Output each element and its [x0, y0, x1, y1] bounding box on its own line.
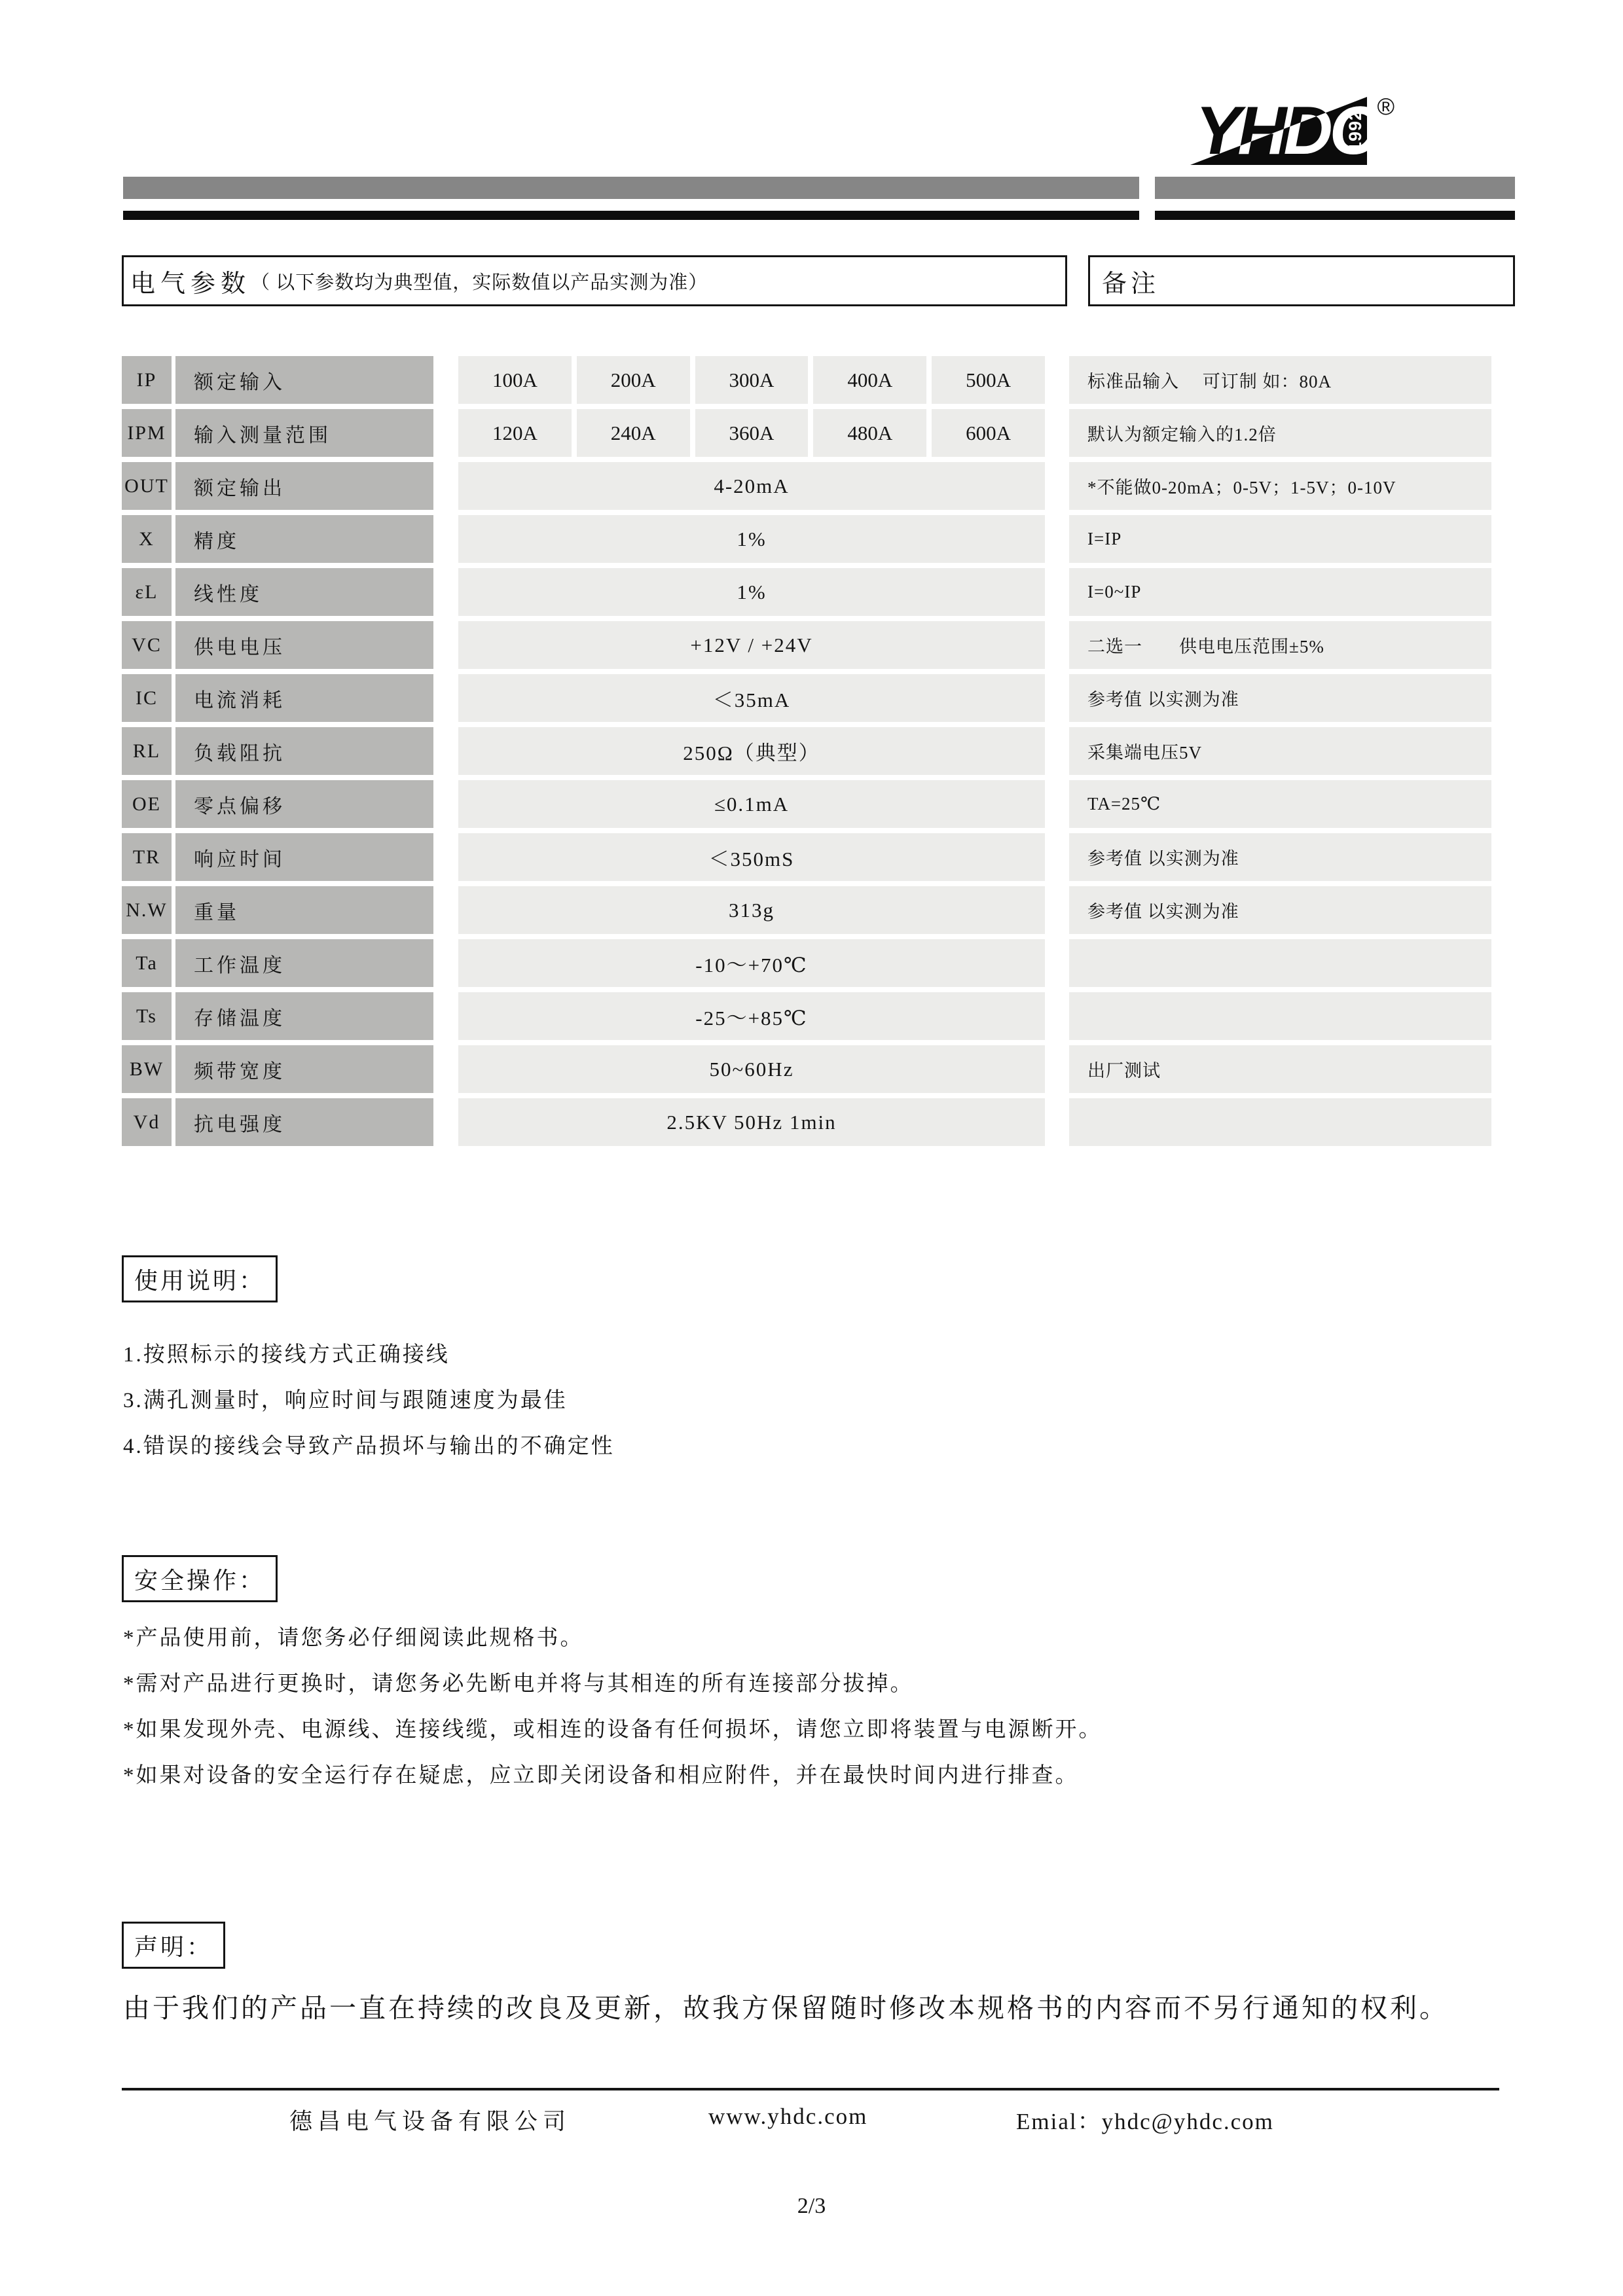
table-row: Vd抗电强度2.5KV 50Hz 1min — [122, 1098, 1499, 1146]
electrical-params-title: 电气参数 — [130, 263, 251, 299]
param-value: ＜350mS — [458, 833, 1045, 881]
param-name: 额定输出 — [175, 462, 433, 510]
param-name: 频带宽度 — [175, 1045, 433, 1093]
table-row: X精度1%I=IP — [122, 515, 1499, 563]
declaration-text: 由于我们的产品一直在持续的改良及更新，故我方保留随时修改本规格书的内容而不另行通… — [123, 1983, 1527, 2033]
footer-divider — [122, 2088, 1499, 2090]
logo-year: 1992 — [1345, 110, 1366, 152]
param-value: 100A — [458, 356, 572, 404]
param-name: 线性度 — [175, 568, 433, 616]
datasheet-page: YHDC 1992 YHDC 1992 ® 电气参数 （ 以下参数均为典型值，实… — [0, 0, 1623, 2296]
param-remark: 出厂测试 — [1069, 1045, 1491, 1093]
declaration-title-box: 声明： — [122, 1922, 225, 1969]
param-remark: I=IP — [1069, 515, 1491, 563]
safety-item: *如果对设备的安全运行存在疑虑，应立即关闭设备和相应附件，并在最快时间内进行排查… — [123, 1753, 1531, 1799]
param-code: BW — [122, 1045, 172, 1093]
param-remark: 标准品输入 可订制 如：80A — [1069, 356, 1491, 404]
param-code: N.W — [122, 886, 172, 934]
param-remark: 参考值 以实测为准 — [1069, 674, 1491, 722]
header-bar-black-left — [123, 211, 1139, 220]
table-row: Ta工作温度-10～+70℃ — [122, 939, 1499, 987]
footer-email: Emial：yhdc@yhdc.com — [1016, 2104, 1274, 2136]
param-value: 360A — [695, 409, 809, 457]
usage-section-title-box: 使用说明： — [122, 1255, 278, 1302]
param-value: 300A — [695, 356, 809, 404]
param-name: 额定输入 — [175, 356, 433, 404]
param-code: Ta — [122, 939, 172, 987]
param-value: 240A — [577, 409, 690, 457]
table-row: RL负载阻抗250Ω（典型）采集端电压5V — [122, 727, 1499, 775]
registered-trademark-icon: ® — [1377, 93, 1395, 120]
param-value: +12V / +24V — [458, 621, 1045, 669]
param-remark: 默认为额定输入的1.2倍 — [1069, 409, 1491, 457]
param-value: 50~60Hz — [458, 1045, 1045, 1093]
safety-section-title-box: 安全操作： — [122, 1555, 278, 1602]
param-name: 输入测量范围 — [175, 409, 433, 457]
param-remark: 采集端电压5V — [1069, 727, 1491, 775]
param-value: 1% — [458, 568, 1045, 616]
safety-section-title: 安全操作： — [134, 1562, 265, 1596]
param-code: IC — [122, 674, 172, 722]
electrical-params-note: （ 以下参数均为典型值，实际数值以产品实测为准） — [251, 268, 708, 295]
param-code: OUT — [122, 462, 172, 510]
param-code: X — [122, 515, 172, 563]
param-code: IPM — [122, 409, 172, 457]
table-row: N.W重量313g参考值 以实测为准 — [122, 886, 1499, 934]
param-name: 重量 — [175, 886, 433, 934]
table-row: εL线性度1%I=0~IP — [122, 568, 1499, 616]
param-code: IP — [122, 356, 172, 404]
param-code: TR — [122, 833, 172, 881]
usage-item: 1.按照标示的接线方式正确接线 — [123, 1332, 1531, 1378]
param-code: VC — [122, 621, 172, 669]
usage-section-title: 使用说明： — [134, 1263, 265, 1296]
usage-list: 1.按照标示的接线方式正确接线3.满孔测量时，响应时间与跟随速度为最佳4.错误的… — [123, 1332, 1531, 1469]
safety-item: *如果发现外壳、电源线、连接线缆，或相连的设备有任何损坏，请您立即将装置与电源断… — [123, 1707, 1531, 1753]
param-value: 313g — [458, 886, 1045, 934]
table-row: OE零点偏移≤0.1mATA=25℃ — [122, 780, 1499, 828]
param-code: OE — [122, 780, 172, 828]
yhdc-logo: YHDC 1992 YHDC 1992 ® — [1190, 97, 1367, 165]
param-remark: *不能做0-20mA；0-5V；1-5V；0-10V — [1069, 462, 1491, 510]
param-code: Ts — [122, 992, 172, 1040]
param-value: 250Ω（典型） — [458, 727, 1045, 775]
table-row: IC电流消耗＜35mA参考值 以实测为准 — [122, 674, 1499, 722]
param-value-group: 100A200A300A400A500A — [458, 356, 1045, 404]
electrical-params-header-box: 电气参数 （ 以下参数均为典型值，实际数值以产品实测为准） — [122, 255, 1067, 306]
table-row: TR响应时间＜350mS参考值 以实测为准 — [122, 833, 1499, 881]
param-remark: I=0~IP — [1069, 568, 1491, 616]
param-value: 200A — [577, 356, 690, 404]
param-value: 4-20mA — [458, 462, 1045, 510]
param-value-group: 120A240A360A480A600A — [458, 409, 1045, 457]
safety-item: *产品使用前，请您务必仔细阅读此规格书。 — [123, 1615, 1531, 1661]
param-value: -10～+70℃ — [458, 939, 1045, 987]
footer-company: 德昌电气设备有限公司 — [289, 2104, 571, 2136]
param-value: 500A — [932, 356, 1045, 404]
param-value: 1% — [458, 515, 1045, 563]
param-code: εL — [122, 568, 172, 616]
param-code: RL — [122, 727, 172, 775]
param-table: IP额定输入100A200A300A400A500A标准品输入 可订制 如：80… — [122, 356, 1499, 1151]
header-bar-gray-left — [123, 177, 1139, 199]
declaration-title: 声明： — [134, 1929, 213, 1962]
page-number: 2/3 — [0, 2194, 1623, 2219]
param-name: 响应时间 — [175, 833, 433, 881]
param-remark: 二选一 供电电压范围±5% — [1069, 621, 1491, 669]
param-code: Vd — [122, 1098, 172, 1146]
param-name: 电流消耗 — [175, 674, 433, 722]
table-row: IP额定输入100A200A300A400A500A标准品输入 可订制 如：80… — [122, 356, 1499, 404]
header-bar-black-right — [1155, 211, 1515, 220]
param-name: 供电电压 — [175, 621, 433, 669]
param-name: 存储温度 — [175, 992, 433, 1040]
param-value: 400A — [813, 356, 926, 404]
safety-item: *需对产品进行更换时，请您务必先断电并将与其相连的所有连接部分拔掉。 — [123, 1661, 1531, 1707]
param-value: -25～+85℃ — [458, 992, 1045, 1040]
param-remark — [1069, 939, 1491, 987]
table-row: Ts存储温度-25～+85℃ — [122, 992, 1499, 1040]
usage-item: 3.满孔测量时，响应时间与跟随速度为最佳 — [123, 1378, 1531, 1424]
param-value: ≤0.1mA — [458, 780, 1045, 828]
remarks-header-box: 备注 — [1088, 255, 1515, 306]
param-remark: 参考值 以实测为准 — [1069, 833, 1491, 881]
table-row: BW频带宽度50~60Hz出厂测试 — [122, 1045, 1499, 1093]
footer-website: www.yhdc.com — [708, 2104, 867, 2130]
param-remark — [1069, 1098, 1491, 1146]
param-value: 600A — [932, 409, 1045, 457]
safety-list: *产品使用前，请您务必仔细阅读此规格书。*需对产品进行更换时，请您务必先断电并将… — [123, 1615, 1531, 1799]
table-row: IPM输入测量范围120A240A360A480A600A默认为额定输入的1.2… — [122, 409, 1499, 457]
param-value: 120A — [458, 409, 572, 457]
table-row: OUT额定输出4-20mA*不能做0-20mA；0-5V；1-5V；0-10V — [122, 462, 1499, 510]
param-name: 工作温度 — [175, 939, 433, 987]
param-value: ＜35mA — [458, 674, 1045, 722]
param-name: 抗电强度 — [175, 1098, 433, 1146]
param-value: 2.5KV 50Hz 1min — [458, 1098, 1045, 1146]
remarks-title: 备注 — [1102, 263, 1159, 299]
param-name: 精度 — [175, 515, 433, 563]
param-name: 负载阻抗 — [175, 727, 433, 775]
param-remark: TA=25℃ — [1069, 780, 1491, 828]
param-name: 零点偏移 — [175, 780, 433, 828]
param-value: 480A — [813, 409, 926, 457]
param-remark: 参考值 以实测为准 — [1069, 886, 1491, 934]
header-bar-gray-right — [1155, 177, 1515, 199]
usage-item: 4.错误的接线会导致产品损坏与输出的不确定性 — [123, 1424, 1531, 1469]
table-row: VC供电电压+12V / +24V二选一 供电电压范围±5% — [122, 621, 1499, 669]
param-remark — [1069, 992, 1491, 1040]
